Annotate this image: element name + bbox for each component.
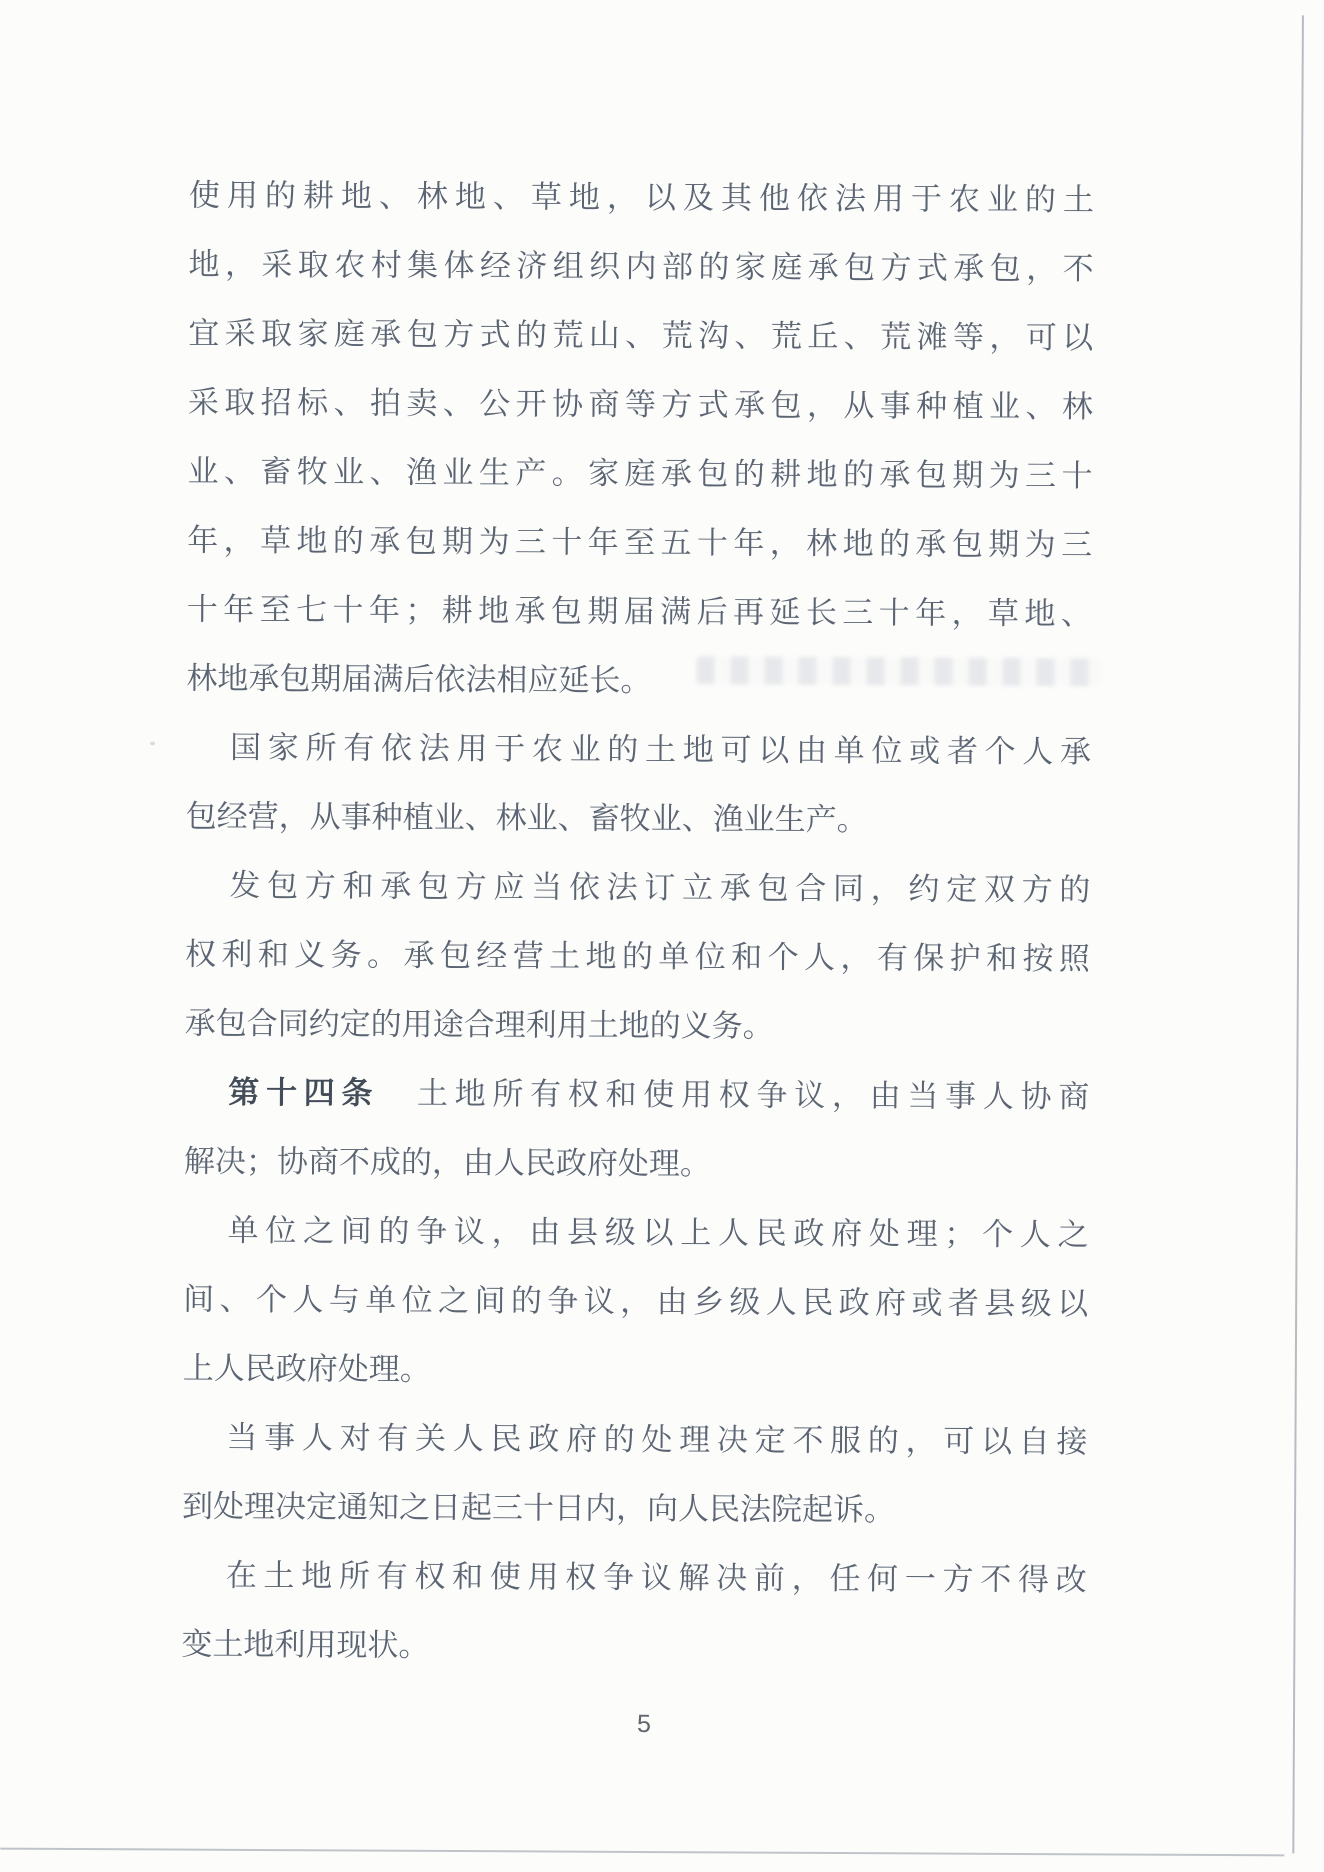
scan-edge-right (1292, 15, 1304, 1853)
text-line: 间、个人与单位之间的争议，由乡级人民政府或者县级以 (183, 1265, 1088, 1339)
text-line: 变土地利用现状。 (181, 1610, 1086, 1684)
text-line: 单位之间的争议，由县级以上人民政府处理；个人之 (183, 1196, 1088, 1270)
text-line: 第十四条 土地所有权和使用权争议，由当事人协商 (184, 1058, 1089, 1132)
text-line: 国家所有依法用于农业的土地可以由单位或者个人承 (186, 713, 1091, 787)
text-line: 地，采取农村集体经济组织内部的家庭承包方式承包，不 (188, 230, 1093, 304)
body-text: 使用的耕地、林地、草地，以及其他依法用于农业的土 地，采取农村集体经济组织内部的… (181, 161, 1094, 1684)
text-line: 上人民政府处理。 (183, 1334, 1088, 1408)
page-number: 5 (0, 1707, 1297, 1743)
article-number: 第十四条 (228, 1075, 379, 1111)
text-line: 年，草地的承包期为三十年至五十年，林地的承包期为三 (187, 506, 1092, 580)
text-line: 在土地所有权和使用权争议解决前，任何一方不得改 (182, 1541, 1087, 1615)
text-line: 解决；协商不成的，由人民政府处理。 (184, 1127, 1089, 1201)
text-line: 当事人对有关人民政府的处理决定不服的，可以自接 (182, 1403, 1087, 1477)
text-line: 到处理决定通知之日起三十日内，向人民法院起诉。 (182, 1472, 1087, 1546)
text-line: 包经营，从事种植业、林业、畜牧业、渔业生产。 (186, 782, 1091, 856)
article-text: 土地所有权和使用权争议，由当事人协商 (379, 1076, 1089, 1115)
document-page: 使用的耕地、林地、草地，以及其他依法用于农业的土 地，采取农村集体经济组织内部的… (0, 0, 1324, 1872)
text-line: 采取招标、拍卖、公开协商等方式承包，从事种植业、林 (188, 368, 1093, 442)
scanned-sheet: 使用的耕地、林地、草地，以及其他依法用于农业的土 地，采取农村集体经济组织内部的… (0, 0, 1324, 1872)
text-line: 发包方和承包方应当依法订立承包合同，约定双方的 (185, 851, 1090, 925)
text-line: 业、畜牧业、渔业生产。家庭承包的耕地的承包期为三十 (187, 437, 1092, 511)
scan-speck (150, 741, 155, 745)
text-line: 十年至七十年；耕地承包期届满后再延长三十年，草地、 (187, 575, 1092, 649)
text-line: 权利和义务。承包经营土地的单位和个人，有保护和按照 (185, 920, 1090, 994)
text-line: 使用的耕地、林地、草地，以及其他依法用于农业的土 (189, 161, 1094, 235)
text-line: 承包合同约定的用途合理利用土地的义务。 (184, 989, 1089, 1063)
text-line: 宜采取家庭承包方式的荒山、荒沟、荒丘、荒滩等，可以 (188, 299, 1093, 373)
bleed-through-artifact (696, 656, 1101, 686)
scan-edge-bottom (0, 1848, 1284, 1857)
